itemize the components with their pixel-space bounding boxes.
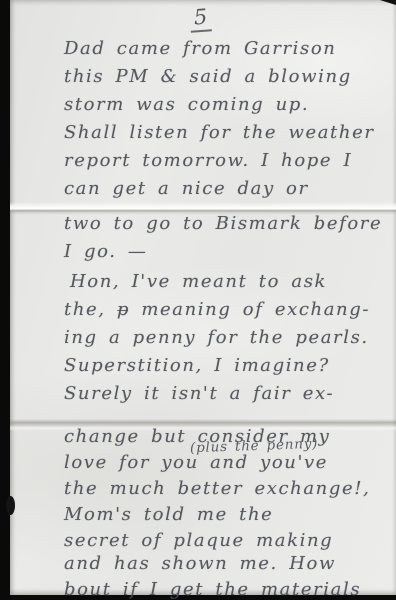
- handwritten-line: Dad came from Garrison: [64, 35, 390, 63]
- handwritten-line: report tomorrow. I hope I: [64, 147, 390, 175]
- handwritten-line: the, p̶ meaning of exchang-: [64, 296, 390, 324]
- letter-paper: 5 Dad came from Garrisonthis PM & said a…: [10, 0, 396, 595]
- handwritten-line: the much better exchange!,: [64, 476, 390, 502]
- handwritten-line: this PM & said a blowing: [64, 63, 390, 91]
- handwritten-line: and has shown me. How: [64, 551, 390, 577]
- handwritten-line: Hon, I've meant to ask: [64, 268, 390, 296]
- scan-edge-corner: [380, 0, 396, 5]
- handwritten-line: storm was coming up.: [64, 91, 390, 119]
- scanned-letter-page: 5 Dad came from Garrisonthis PM & said a…: [0, 0, 396, 600]
- handwritten-line: ing a penny for the pearls.: [64, 324, 390, 352]
- paper-edge-notch: [6, 496, 15, 515]
- handwritten-line: two to go to Bismark before: [64, 210, 390, 238]
- handwritten-line: can get a nice day or: [64, 175, 390, 203]
- handwritten-line: Surely it isn't a fair ex-: [64, 380, 390, 408]
- page-number: 5: [189, 4, 212, 32]
- handwritten-line: Mom's told me the: [64, 502, 390, 528]
- handwritten-line: Shall listen for the weather: [64, 119, 390, 147]
- handwritten-line: I go. —: [64, 238, 390, 266]
- handwritten-line: Superstition, I imagine?: [64, 352, 390, 380]
- letter-body: Dad came from Garrisonthis PM & said a b…: [64, 35, 390, 600]
- handwritten-line: bout if I get the materials: [64, 577, 390, 600]
